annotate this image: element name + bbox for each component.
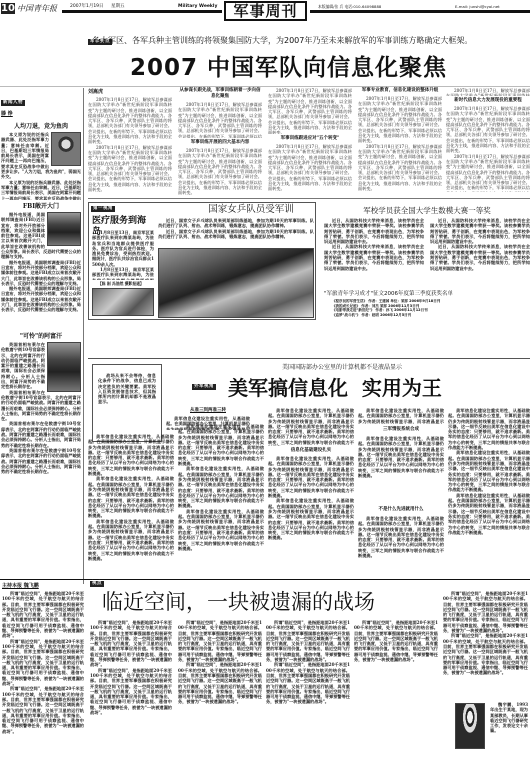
paragraph: 近日，从国防科技大学传来消息，该校学员在全国大学生数学建模竞赛中荣获一等奖。该校… (324, 244, 424, 270)
us-body-col-d1: 美军信息化建设注重实用性，从基础做起。在美国国防部办公室里，计算机显示器仍多为传… (358, 408, 444, 424)
bottom-col-5a: 所谓"临近空间"，是指距地面20千米至100千米的空域，处于航空与航天的结合部。… (354, 620, 438, 690)
paragraph: 近日，从国防科技大学传来消息，该校学员在全国大学生数学建模竞赛中荣获一等奖。该校… (430, 218, 530, 244)
divider-thick (0, 579, 530, 580)
us-subhead-2: 信息化基础建设扎实 (268, 448, 354, 454)
lead-body: 刘嵩虎 2007年1月8日至17日，解放军总参谋部在国防大学举办"新世纪新阶段军… (88, 88, 530, 196)
paragraph: 所谓"临近空间"，是指距地面20千米至100千米的空域，处于航空与航天的结合部。… (443, 591, 528, 633)
email: E-mail: junshi@cyol.net (455, 4, 500, 9)
masthead-rule-right (310, 10, 530, 13)
paragraph: 2007年1月8日至17日，解放军总参谋部在国防大学举办"新世纪新阶段军事训练转… (178, 148, 262, 196)
section-title: 军事周刊 (224, 1, 307, 21)
us-body-col-c2: 美军信息化建设注重实用性，从基础做起。在美国国防部办公室里，计算机显示器仍多为传… (268, 456, 354, 581)
us-subhead-3: 三军情报系统合成 (358, 427, 444, 433)
paragraph: 2007年1月8日至17日，解放军总参谋部在国防大学举办"新世纪新阶段军事训练转… (446, 154, 530, 192)
paragraph: 美军信息化建设注重实用性，从基础做起。在美国国防部办公室里，计算机显示器仍多为传… (268, 456, 354, 498)
lead-subhead-5: 新时代信息大力发展现役的重要程 (446, 98, 530, 104)
paragraph: 所谓"临近空间"，是指距地面20千米至100千米的空域，处于航空与航天的结合部。… (2, 686, 84, 734)
masthead-rule-left (62, 10, 222, 13)
paper-name-logo: 中国青年报 (17, 3, 57, 14)
downing-street-photo (47, 342, 81, 392)
paragraph: 所谓"临近空间"，是指距地面20千米至100千米的空域，处于航空与航天的结合部。… (266, 662, 350, 704)
paragraph: 美军信息化建设注重实用性，从基础做起。在美国国防部办公室里，计算机显示器仍多为传… (448, 408, 530, 450)
section-en: Military Weekly (178, 4, 217, 10)
paragraph: 1月8日至13日，南京军区某部医疗队来到东海某岛屿，为驻岛官兵和当地群众提供医疗… (92, 230, 154, 267)
bottom-col-2: 所谓"临近空间"，是指距地面20千米至100千米的空域，处于航空与航天的结合部。… (90, 620, 172, 763)
paragraph: 美军信息化建设注重实用性，从基础做起。在美国国防部办公室里，计算机显示器仍多为传… (178, 424, 264, 466)
paragraph: 据外电报道，美国联邦调查局(FBI)近日宣布，将对外开放部分档案，欢迎公众和媒体… (1, 260, 81, 286)
paragraph: 魏宇鹏，1993年出生于某地，现为某部教员，长期从事临近空间飞行器研究工作，发表… (490, 702, 528, 734)
paragraph: 美军信息化建设注重实用性，从基础做起。在美国国防部办公室里，计算机显示器仍多为传… (358, 436, 444, 478)
us-body-col-e: 美军信息化建设注重实用性，从基础做起。在美国国防部办公室里，计算机显示器仍多为传… (448, 408, 530, 568)
editor-info: 本版编辑/张 兵 电话:010-64098888 (318, 4, 381, 9)
lead-headline: 2007 中国军队向信息化聚焦 (130, 52, 530, 84)
math-story-body-col-1: 近日，从国防科技大学传来消息，该校学员在全国大学生数学建模竞赛中荣获一等奖。该校… (324, 218, 424, 286)
paragraph: 2007年1月8日至17日，解放军总参谋部在国防大学举办"新世纪新阶段军事训练转… (446, 88, 530, 96)
us-body-col-d3: 美军信息化建设注重实用性，从基础做起。在美国国防部办公室里，计算机显示器仍多为传… (358, 516, 444, 566)
paragraph: 美军信息化建设注重实用性，从基础做起。在美国国防部办公室里，计算机显示器仍多为传… (448, 450, 530, 492)
bottom-col-1: 所谓"临近空间"，是指距地面20千米至100千米的空域，处于航空与航天的结合部。… (2, 591, 84, 763)
pingpong-training-photo (158, 248, 314, 318)
us-body-col-b: 美军信息化建设注重实用性，从基础做起。在美国国防部办公室里，计算机显示器仍多为传… (178, 424, 264, 579)
paragraph: 所谓"临近空间"，是指距地面20千米至100千米的空域，处于航空与航天的结合部。… (90, 620, 172, 668)
lead-body-col-2b: 2007年1月8日至17日，解放军总参谋部在国防大学举办"新世纪新阶段军事训练转… (178, 148, 262, 198)
paragraph: 2007年1月8日至17日，解放军总参谋部在国防大学举办"新世纪新阶段军事训练转… (358, 144, 442, 192)
us-body-col-a: 美军信息化建设注重实用性，从基础做起。在美国国防部办公室里，计算机显示器仍多为传… (88, 434, 174, 579)
divider (88, 358, 530, 359)
medical-story-body: 1月8日至13日，南京军区某部医疗队来到东海某岛屿，为驻岛官兵和当地群众提供医疗… (92, 230, 154, 280)
paragraph: 所谓"临近空间"，是指距地面20千米至100千米的空域，处于航空与航天的结合部。… (2, 591, 84, 639)
us-subhead-4: 不是什么先进就用什么 (358, 507, 444, 513)
paragraph: 近日，国家女子乒乓球队员来到某部训练基地，参加为期10天的军事训练。队员们进行了… (158, 218, 314, 229)
sidebar: 新闻人物 滕 铮 人均刀退，竞为鱼肉 本义原为说的泛指兵器武器、此处泛指军事力量… (1, 88, 81, 585)
paragraph: 所谓"临近空间"，是指距地面20千米至100千米的空域，处于航空与航天的结合部。… (443, 633, 528, 675)
lead-headline-text: 2007 中国军队向信息化聚焦 (130, 55, 447, 81)
paragraph: 美军信息化建设注重实用性，从基础做起。在美国国防部办公室里，计算机显示器仍多为传… (358, 516, 444, 558)
paragraph: 所谓"临近空间"，是指距地面20千米至100千米的空域，处于航空与航天的结合部。… (2, 639, 84, 687)
lead-body-col-5a: 2007年1月8日至17日，解放军总参谋部在国防大学举办"新世纪新阶段军事训练转… (446, 88, 530, 96)
paragraph: 所谓"临近空间"，是指距地面20千米至100千米的空域，处于航空与航天的结合部。… (90, 668, 172, 716)
paragraph: 2007年1月8日至17日，解放军总参谋部在国防大学举办"新世纪新阶段军事训练转… (446, 106, 530, 154)
paragraph: 2007年1月8日至17日，解放军总参谋部在国防大学举办"新世纪新阶段军事训练转… (268, 144, 352, 192)
paragraph: 英国首相布莱尔在伦敦唐宁街10号官邸表示，北约在阿富汗的行动仍面临严峻挑战。阿富… (1, 421, 81, 447)
lead-body-col-1: 2007年1月8日至17日，解放军总参谋部在国防大学举办"新世纪新阶段军事训练转… (88, 97, 172, 195)
paragraph: 美军信息化建设注重实用性，从基础做起。在美国国防部办公室里，计算机显示器仍多为传… (88, 476, 174, 518)
lead-subhead-1: 从参谋长跟先战，军事训练朝着一步向信息化聚焦 (178, 88, 262, 100)
paragraph: 英国首相布莱尔在伦敦唐宁街10号官邸表示，北约在阿富汗的行动仍面临严峻挑战。阿富… (1, 390, 81, 422)
math-story-title: 军校学员获全国大学生数模大赛一等奖 (324, 206, 530, 216)
fbi-official-photo (47, 212, 81, 246)
masthead: 10 中国青年报 2007年1月19日 星期五 Military Weekly … (0, 0, 530, 26)
sidebar-byline: 滕 铮 (1, 110, 81, 117)
weekday: 星期五 (111, 4, 125, 9)
bottom-col-4: 所谓"临近空间"，是指距地面20千米至100千米的空域，处于航空与航天的结合部。… (266, 620, 350, 763)
paragraph: 2007年1月8日至17日，解放军总参谋部在国防大学举办"新世纪新阶段军事训练转… (358, 96, 442, 144)
portrait-caption: 魏宇鹏，1993年出生于某地，现为某部教员，长期从事临近空间飞行器研究工作，发表… (490, 702, 528, 752)
us-story-kicker: 美国国防部办公室里的计算机都不是液晶显示 (282, 364, 530, 372)
paragraph: 据外电报道，美国联邦调查局(FBI)近日宣布，将对外开放部分档案，欢迎公众和媒体… (1, 286, 81, 312)
medical-photo (92, 288, 154, 316)
paragraph: 美军信息化建设注重实用性，从基础做起。在美国国防部办公室里，计算机显示器仍多为传… (268, 498, 354, 540)
bottom-col-6: 所谓"临近空间"，是指距地面20千米至100千米的空域，处于航空与航天的结合部。… (443, 591, 528, 691)
bottom-col-3: 所谓"临近空间"，是指距地面20千米至100千米的空域，处于航空与航天的结合部。… (178, 620, 262, 763)
sidebar-story-3-title: "可怜"的阿富汗 (1, 333, 81, 340)
researcher-portrait (455, 703, 485, 749)
medical-credit: 【陈 刚 冯浩然 摄影报道】 (98, 281, 144, 287)
paragraph: 1月8日至13日，南京军区某部医疗队来到东海某岛屿，为驻岛官兵和当地群众提供医疗… (92, 267, 154, 280)
paragraph: 2007年1月8日至17日，解放军总参谋部在国防大学举办"新世纪新阶段军事训练转… (88, 145, 172, 193)
paragraph: 近日，国家女子乒乓球队员来到某部训练基地，参加为期10天的军事训练。队员们进行了… (158, 229, 314, 240)
sidebar-story-2-title: FBI敞开大门 (1, 203, 81, 210)
paragraph: 美军信息化建设注重实用性，从基础做起。在美国国防部办公室里，计算机显示器仍多为传… (88, 519, 174, 561)
us-story-headline: 美军搞信息化 实用为王 (228, 374, 530, 402)
lead-body-col-2a: 2007年1月8日至17日，解放军总参谋部在国防大学举办"新世纪新阶段军事训练转… (178, 102, 262, 138)
portrait-photo (51, 132, 81, 166)
bottom-story-body: 所谓"临近空间"，是指距地面20千米至100千米的空域，处于航空与航天的结合部。… (0, 588, 530, 763)
page-number: 10 (1, 3, 15, 14)
sidebar-tag: 新闻人物 (1, 100, 25, 106)
us-body-col-c1: 美军信息化建设注重实用性，从基础做起。在美国国防部办公室里，计算机显示器仍多为传… (268, 408, 354, 446)
us-story-tag: 外军视角 (192, 384, 216, 390)
us-story-columns: 美军信息化建设注重实用性，从基础做起。在美国国防部办公室里，计算机显示器仍多为传… (88, 424, 530, 579)
award-title: "军旅青年学习成才"征文2006年度第三季度获奖名单 (324, 290, 530, 298)
lead-body-col-3a: 2007年1月8日至17日，解放军总参谋部在国防大学举办"新世纪新阶段军事训练转… (268, 88, 352, 134)
paragraph: 美军信息化建设注重实用性，从基础做起。在美国国防部办公室里，计算机显示器仍多为传… (178, 466, 264, 508)
paragraph: 本义原为说的泛指兵器武器、此处泛指军事力量；意味任由宰割。近日，巴基斯坦三军情报… (1, 180, 81, 200)
pingpong-story-title: 国家女乒队员受军训 (188, 204, 314, 216)
paragraph: 2007年1月8日至17日，解放军总参谋部在国防大学举办"新世纪新阶段军事训练转… (268, 88, 352, 134)
paragraph: 美军信息化建设注重实用性，从基础做起。在美国国防部办公室里，计算机显示器仍多为传… (448, 493, 530, 535)
lead-body-col-4: 2007年1月8日至17日，解放军总参谋部在国防大学举办"新世纪新阶段军事训练转… (358, 96, 442, 192)
award-list: 《程序员的军营生活》 作者：王建国 单位：某部 2006年9月18日刊 《我的成… (332, 299, 530, 317)
paragraph: 所谓"临近空间"，是指距地面20千米至100千米的空域，处于航空与航天的结合部。… (354, 620, 438, 662)
us-subhead-1: 从准三到两准三转 (166, 408, 250, 414)
paragraph: 2007年1月8日至17日，解放军总参谋部在国防大学举办"新世纪新阶段军事训练转… (88, 97, 172, 145)
paragraph: 美军信息化建设注重实用性，从基础做起。在美国国防部办公室里，计算机显示器仍多为传… (268, 408, 354, 446)
paragraph: 美军信息化建设注重实用性，从基础做起。在美国国防部办公室里，计算机显示器仍多为传… (178, 509, 264, 551)
lead-byline: 刘嵩虎 (88, 88, 172, 95)
paragraph: 2007年1月8日至17日，解放军总参谋部在国防大学举办"新世纪新阶段军事训练转… (178, 102, 262, 138)
divider (0, 86, 530, 87)
paragraph: 近日，从国防科技大学传来消息，该校学员在全国大学生数学建模竞赛中荣获一等奖。该校… (324, 218, 424, 244)
us-body-col-d2: 美军信息化建设注重实用性，从基础做起。在美国国防部办公室里，计算机显示器仍多为传… (358, 436, 444, 504)
paragraph: 美军信息化建设注重实用性，从基础做起。在美国国防部办公室里，计算机显示器仍多为传… (88, 434, 174, 476)
pingpong-story-body: 近日，国家女子乒乓球队员来到某部训练基地，参加为期10天的军事训练。队员们进行了… (158, 218, 314, 244)
lead-kicker: 各大军区、各军兵种主管训练的将领聚集国防大学，为2007年乃至未来解放军的军事训… (92, 35, 530, 46)
paragraph: 美军信息化建设注重实用性，从基础做起。在美国国防部办公室里，计算机显示器仍多为传… (358, 408, 444, 424)
divider (88, 198, 530, 199)
masthead-date: 2007年1月19日 星期五 (70, 4, 124, 10)
lead-subhead-2: 军事训练开展的四大基本内容 (178, 140, 262, 146)
paragraph: 所谓"临近空间"，是指距地面20千米至100千米的空域，处于航空与航天的结合部。… (178, 662, 262, 704)
date: 2007年1月19日 (70, 4, 104, 9)
lead-subhead-4: 军事专业教育，信息化建设的整体升级 (358, 88, 442, 94)
paragraph: 近日，从国防科技大学传来消息，该校学员在全国大学生数学建模竞赛中荣获一等奖。该校… (430, 244, 530, 270)
lead-subhead-3: 军事训练跟进应对"五个转变" (268, 136, 352, 142)
lead-body-col-5b: 2007年1月8日至17日，解放军总参谋部在国防大学举办"新世纪新阶段军事训练转… (446, 106, 530, 192)
math-story-body-col-2: 近日，从国防科技大学传来消息，该校学员在全国大学生数学建模竞赛中荣获一等奖。该校… (430, 218, 530, 286)
paragraph: 所谓"临近空间"，是指距地面20千米至100千米的空域，处于航空与航天的结合部。… (178, 620, 262, 662)
first-view-tag: 第一视角 (91, 206, 115, 212)
paragraph: 英国首相布莱尔在伦敦唐宁街10号官邸表示，北约在阿富汗的行动仍面临严峻挑战。阿富… (1, 448, 81, 474)
paragraph: 所谓"临近空间"，是指距地面20千米至100千米的空域，处于航空与航天的结合部。… (266, 620, 350, 662)
first-view-section: 第一视角 医疗服务到海岛 1月8日至13日，南京军区某部医疗队来到东海某岛屿，为… (88, 200, 530, 320)
sidebar-divider (83, 88, 84, 584)
award-item: 《追梦"战斗机"》 作者：赵明 2006年12月5日刊 (332, 313, 530, 318)
lead-body-col-3b: 2007年1月8日至17日，解放军总参谋部在国防大学举办"新世纪新阶段军事训练转… (268, 144, 352, 194)
sidebar-story-1-title: 人均刀退，竞为鱼肉 (1, 123, 81, 130)
